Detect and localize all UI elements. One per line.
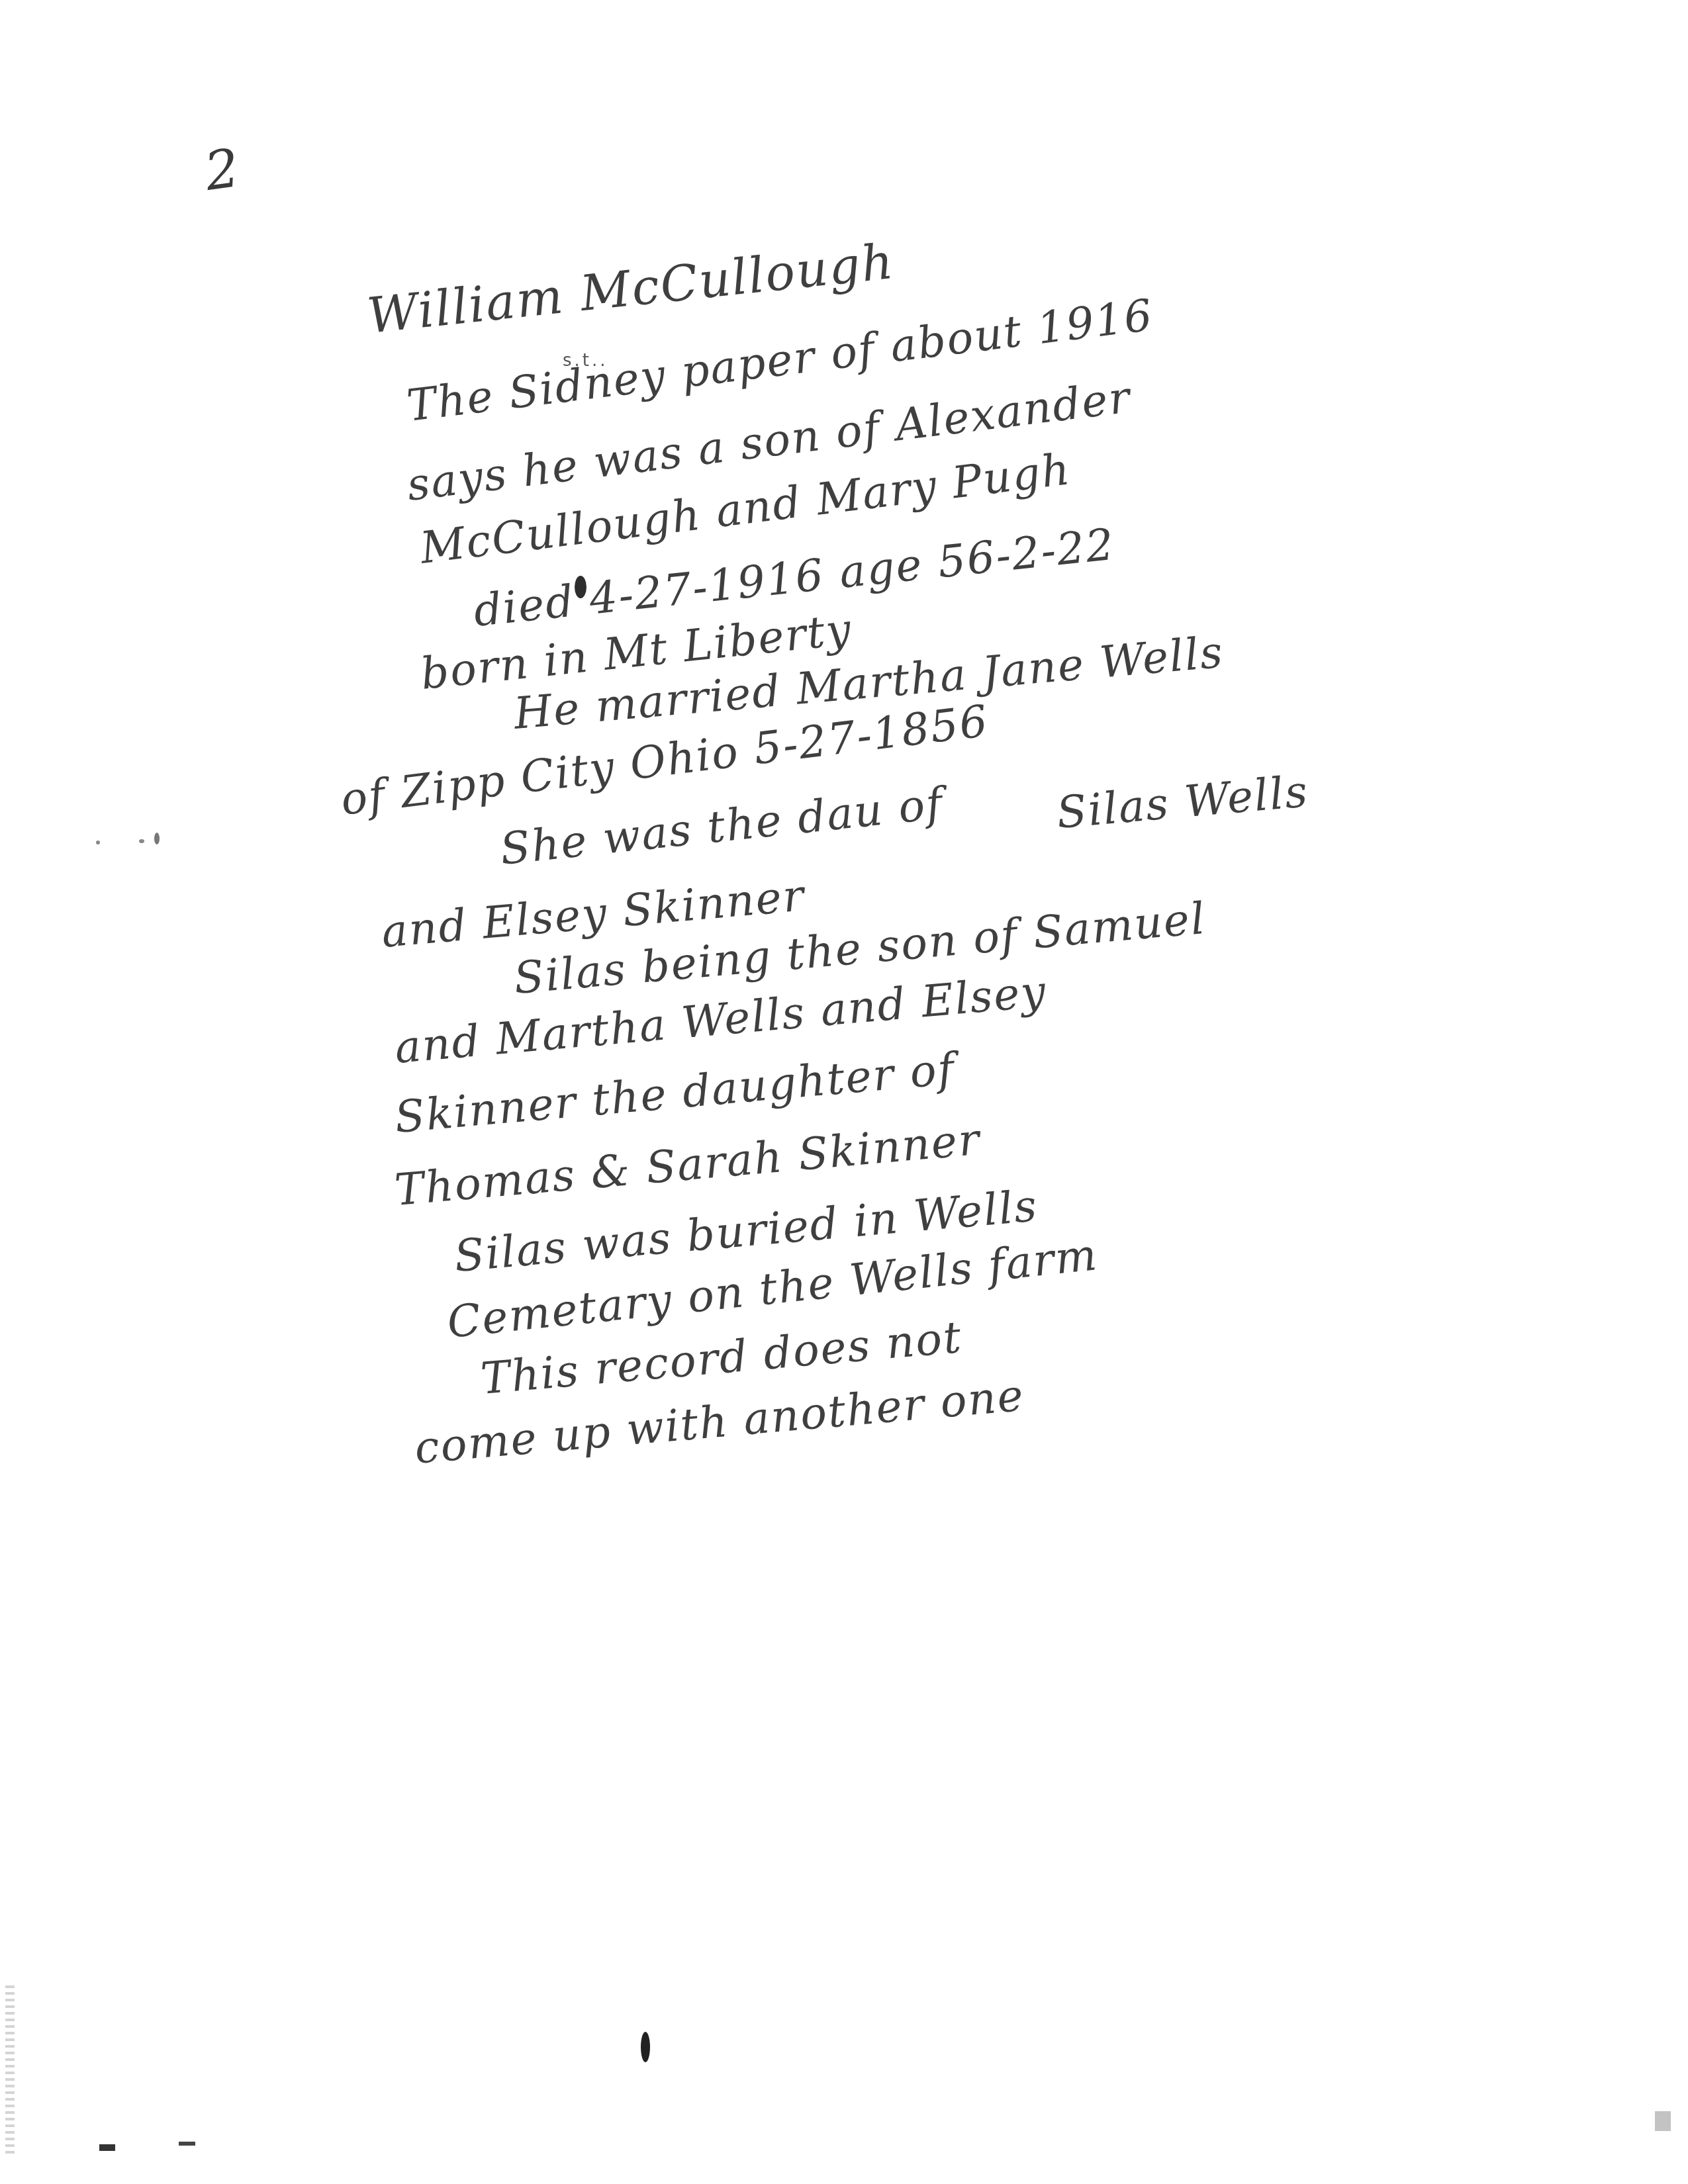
scan-artifact xyxy=(99,2144,115,2151)
scan-speck xyxy=(96,841,100,844)
page-number: 2 xyxy=(201,137,243,203)
line-silas-wells: Silas Wells xyxy=(1055,766,1310,839)
scan-edge-artifact xyxy=(5,1985,15,2158)
scan-speck xyxy=(154,833,160,844)
scan-speck xyxy=(139,839,144,843)
handwritten-page: 2 s.t.. William McCullough The Sidney pa… xyxy=(0,0,1688,2184)
line-name: William McCullough xyxy=(365,233,897,345)
scan-corner-artifact xyxy=(1655,2111,1671,2131)
scan-artifact xyxy=(179,2142,195,2146)
ink-blot xyxy=(575,576,586,598)
ink-mark xyxy=(641,2032,650,2062)
